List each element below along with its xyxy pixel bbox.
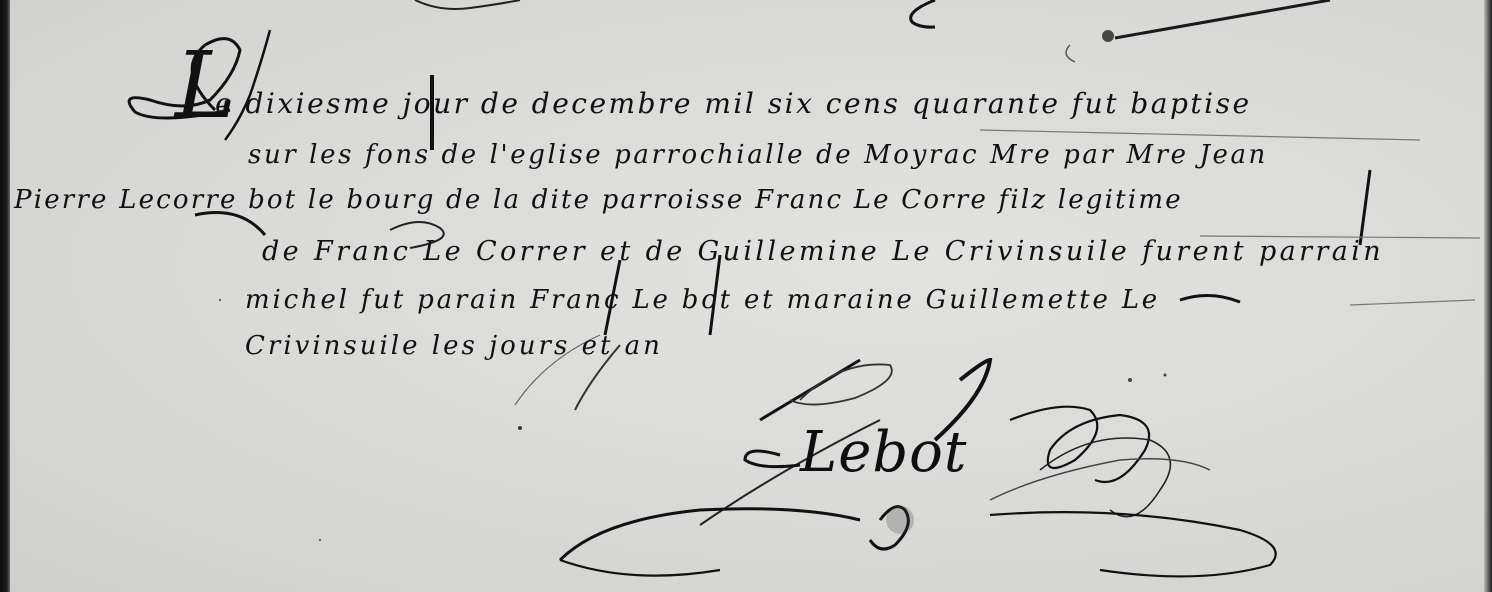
text-line-1: e dixiesme jour de decembre mil six cens…	[215, 90, 1252, 118]
scanned-register-page: L e dixiesme jour de decembre mil six ce…	[0, 0, 1492, 592]
signature: Lebot	[800, 425, 967, 481]
text-line-3: Pierre Lecorre bot le bourg de la dite p…	[14, 187, 1183, 213]
text-line-4: de Franc Le Correr et de Guillemine Le C…	[262, 238, 1384, 265]
text-line-2: sur les fons de l'eglise parrochialle de…	[248, 142, 1268, 168]
text-line-6: Crivinsuile les jours et an	[245, 333, 663, 359]
handwriting-layer: L e dixiesme jour de decembre mil six ce…	[0, 0, 1492, 592]
text-line-5: michel fut parain Franc Le bot et marain…	[245, 287, 1160, 313]
